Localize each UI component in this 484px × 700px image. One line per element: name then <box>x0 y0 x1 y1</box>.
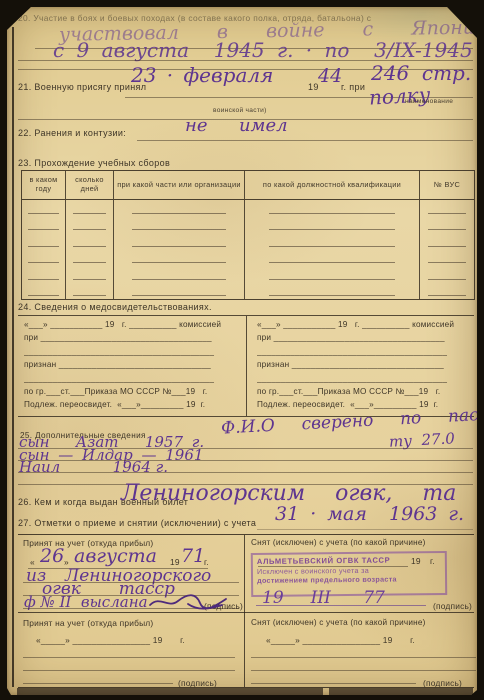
table-row <box>22 217 474 234</box>
stamp-office-name: АЛЬМЕТЬЕВСКИЙ ОГВК ТАССР <box>257 555 441 566</box>
med-prikaz-line: по гр.___ст.___Приказа МО СССР №___19 г. <box>24 387 244 400</box>
section21-pri-printed: г. при <box>341 82 365 92</box>
fio-verified-note-2: ту 27.0 <box>389 431 456 449</box>
scan-edge-strip <box>17 688 323 695</box>
table-header-row: в каком году сколько дней при какой част… <box>22 171 474 200</box>
section24-label: 24. Сведения о медосвидетельствованиях. <box>18 302 212 312</box>
section20-handwriting-2: с 9 августа 1945 г. · по 3/IX-1945 <box>53 40 473 60</box>
signature-label: (подпись) <box>423 678 462 688</box>
grid-vertical-divider <box>244 535 245 687</box>
table-row <box>22 200 474 217</box>
rule-line <box>256 605 426 606</box>
table-body <box>22 200 474 299</box>
medical-exam-right-column: «___» ___________ 19 г. __________ комис… <box>246 316 474 416</box>
military-id-form-page: 20. Участие в боях и боевых походах (в с… <box>7 7 477 695</box>
rule-line <box>23 657 235 658</box>
section27-handwriting: 31 · мая 1963 г. <box>275 505 464 524</box>
table-row <box>22 283 474 300</box>
rule-line <box>23 670 235 671</box>
accept1-year-hw: 71 <box>181 547 205 566</box>
rule-line <box>251 670 476 671</box>
signature-label: (подпись) <box>178 678 217 688</box>
accept1-day: 26 <box>40 547 64 566</box>
scan-edge-strip <box>329 688 473 695</box>
section21-oath-date: 23 · февраля <box>131 65 273 85</box>
rule-line <box>257 529 473 530</box>
table-header-year: в каком году <box>22 171 66 200</box>
med-date-line: «___» ___________ 19 г. __________ комис… <box>257 320 472 333</box>
med-date-line: «___» ___________ 19 г. __________ комис… <box>24 320 244 333</box>
table-header-unit: при какой части или организации <box>114 171 245 200</box>
form-left-border <box>12 27 14 687</box>
med-pri-line: при ____________________________________ <box>24 333 244 346</box>
table-header-days: сколько дней <box>66 171 114 200</box>
med-blank-line: ________________________________________ <box>257 347 472 360</box>
medical-exam-left-column: «___» ___________ 19 г. __________ комис… <box>18 316 246 416</box>
section21-caption-1: наименование <box>405 98 453 105</box>
med-priznan-line: признан ________________________________ <box>24 360 244 373</box>
signature-label: (подпись) <box>433 601 472 611</box>
rule-line <box>18 472 473 473</box>
rule-line <box>251 683 416 684</box>
section26-handwriting: Лениногорским огвк, та <box>121 483 456 505</box>
med-prikaz-line: по гр.___ст.___Приказа МО СССР №___19 г. <box>257 387 472 400</box>
section21-caption-2: воинской части) <box>213 107 267 114</box>
signature-mark <box>148 591 228 611</box>
med-blank-line: ________________________________________ <box>257 374 472 387</box>
table-row <box>22 250 474 267</box>
accept2-date-blank: «_____» ________________ 19 г. <box>36 635 185 645</box>
table-header-vus: № ВУС <box>420 171 474 200</box>
remove2-date-blank: «_____» ________________ 19 г. <box>266 635 415 645</box>
accept-title-2: Принят на учет (откуда прибыл) <box>23 618 153 628</box>
section21-label: 21. Военную присягу принял <box>18 82 146 92</box>
section21-oath-year: 44 <box>318 67 342 86</box>
training-camps-table: в каком году сколько дней при какой част… <box>21 170 475 300</box>
remove-title-2: Снят (исключен) с учета (по какой причин… <box>251 618 426 627</box>
rule-line <box>137 140 473 141</box>
med-blank-line: ________________________________________ <box>24 374 244 387</box>
grid-horizontal-divider <box>18 612 474 613</box>
table-header-qualification: по какой должностной квалификации <box>245 171 420 200</box>
accept1-month: августа <box>74 547 157 566</box>
section23-label: 23. Прохождение учебных сборов <box>18 158 170 168</box>
medical-exams-block: «___» ___________ 19 г. __________ комис… <box>18 315 474 417</box>
rule-line <box>251 657 476 658</box>
med-pereosvid-line: Подлеж. переосвидет. «___»_________ 19 г… <box>24 400 244 413</box>
section22-handwriting: не имел <box>185 117 288 135</box>
section22-label: 22. Ранения и контузии: <box>18 128 126 138</box>
section21-unit-line1: 246 стр. <box>371 63 471 83</box>
rule-line <box>23 683 173 684</box>
med-priznan-line: признан ________________________________ <box>257 360 472 373</box>
remove-title-1: Снят (исключен) с учета (по какой причин… <box>251 538 426 547</box>
med-blank-line: ________________________________________ <box>24 347 244 360</box>
table-row <box>22 233 474 250</box>
table-row <box>22 266 474 283</box>
med-pri-line: при ____________________________________ <box>257 333 472 346</box>
registration-grid: Принят на учет (откуда прибыл) « 26 » ав… <box>18 534 474 688</box>
stamp-text-line3: достижением предельного возраста <box>257 574 441 585</box>
section27-label: 27. Отметки о приеме и снятии (исключени… <box>18 518 256 528</box>
